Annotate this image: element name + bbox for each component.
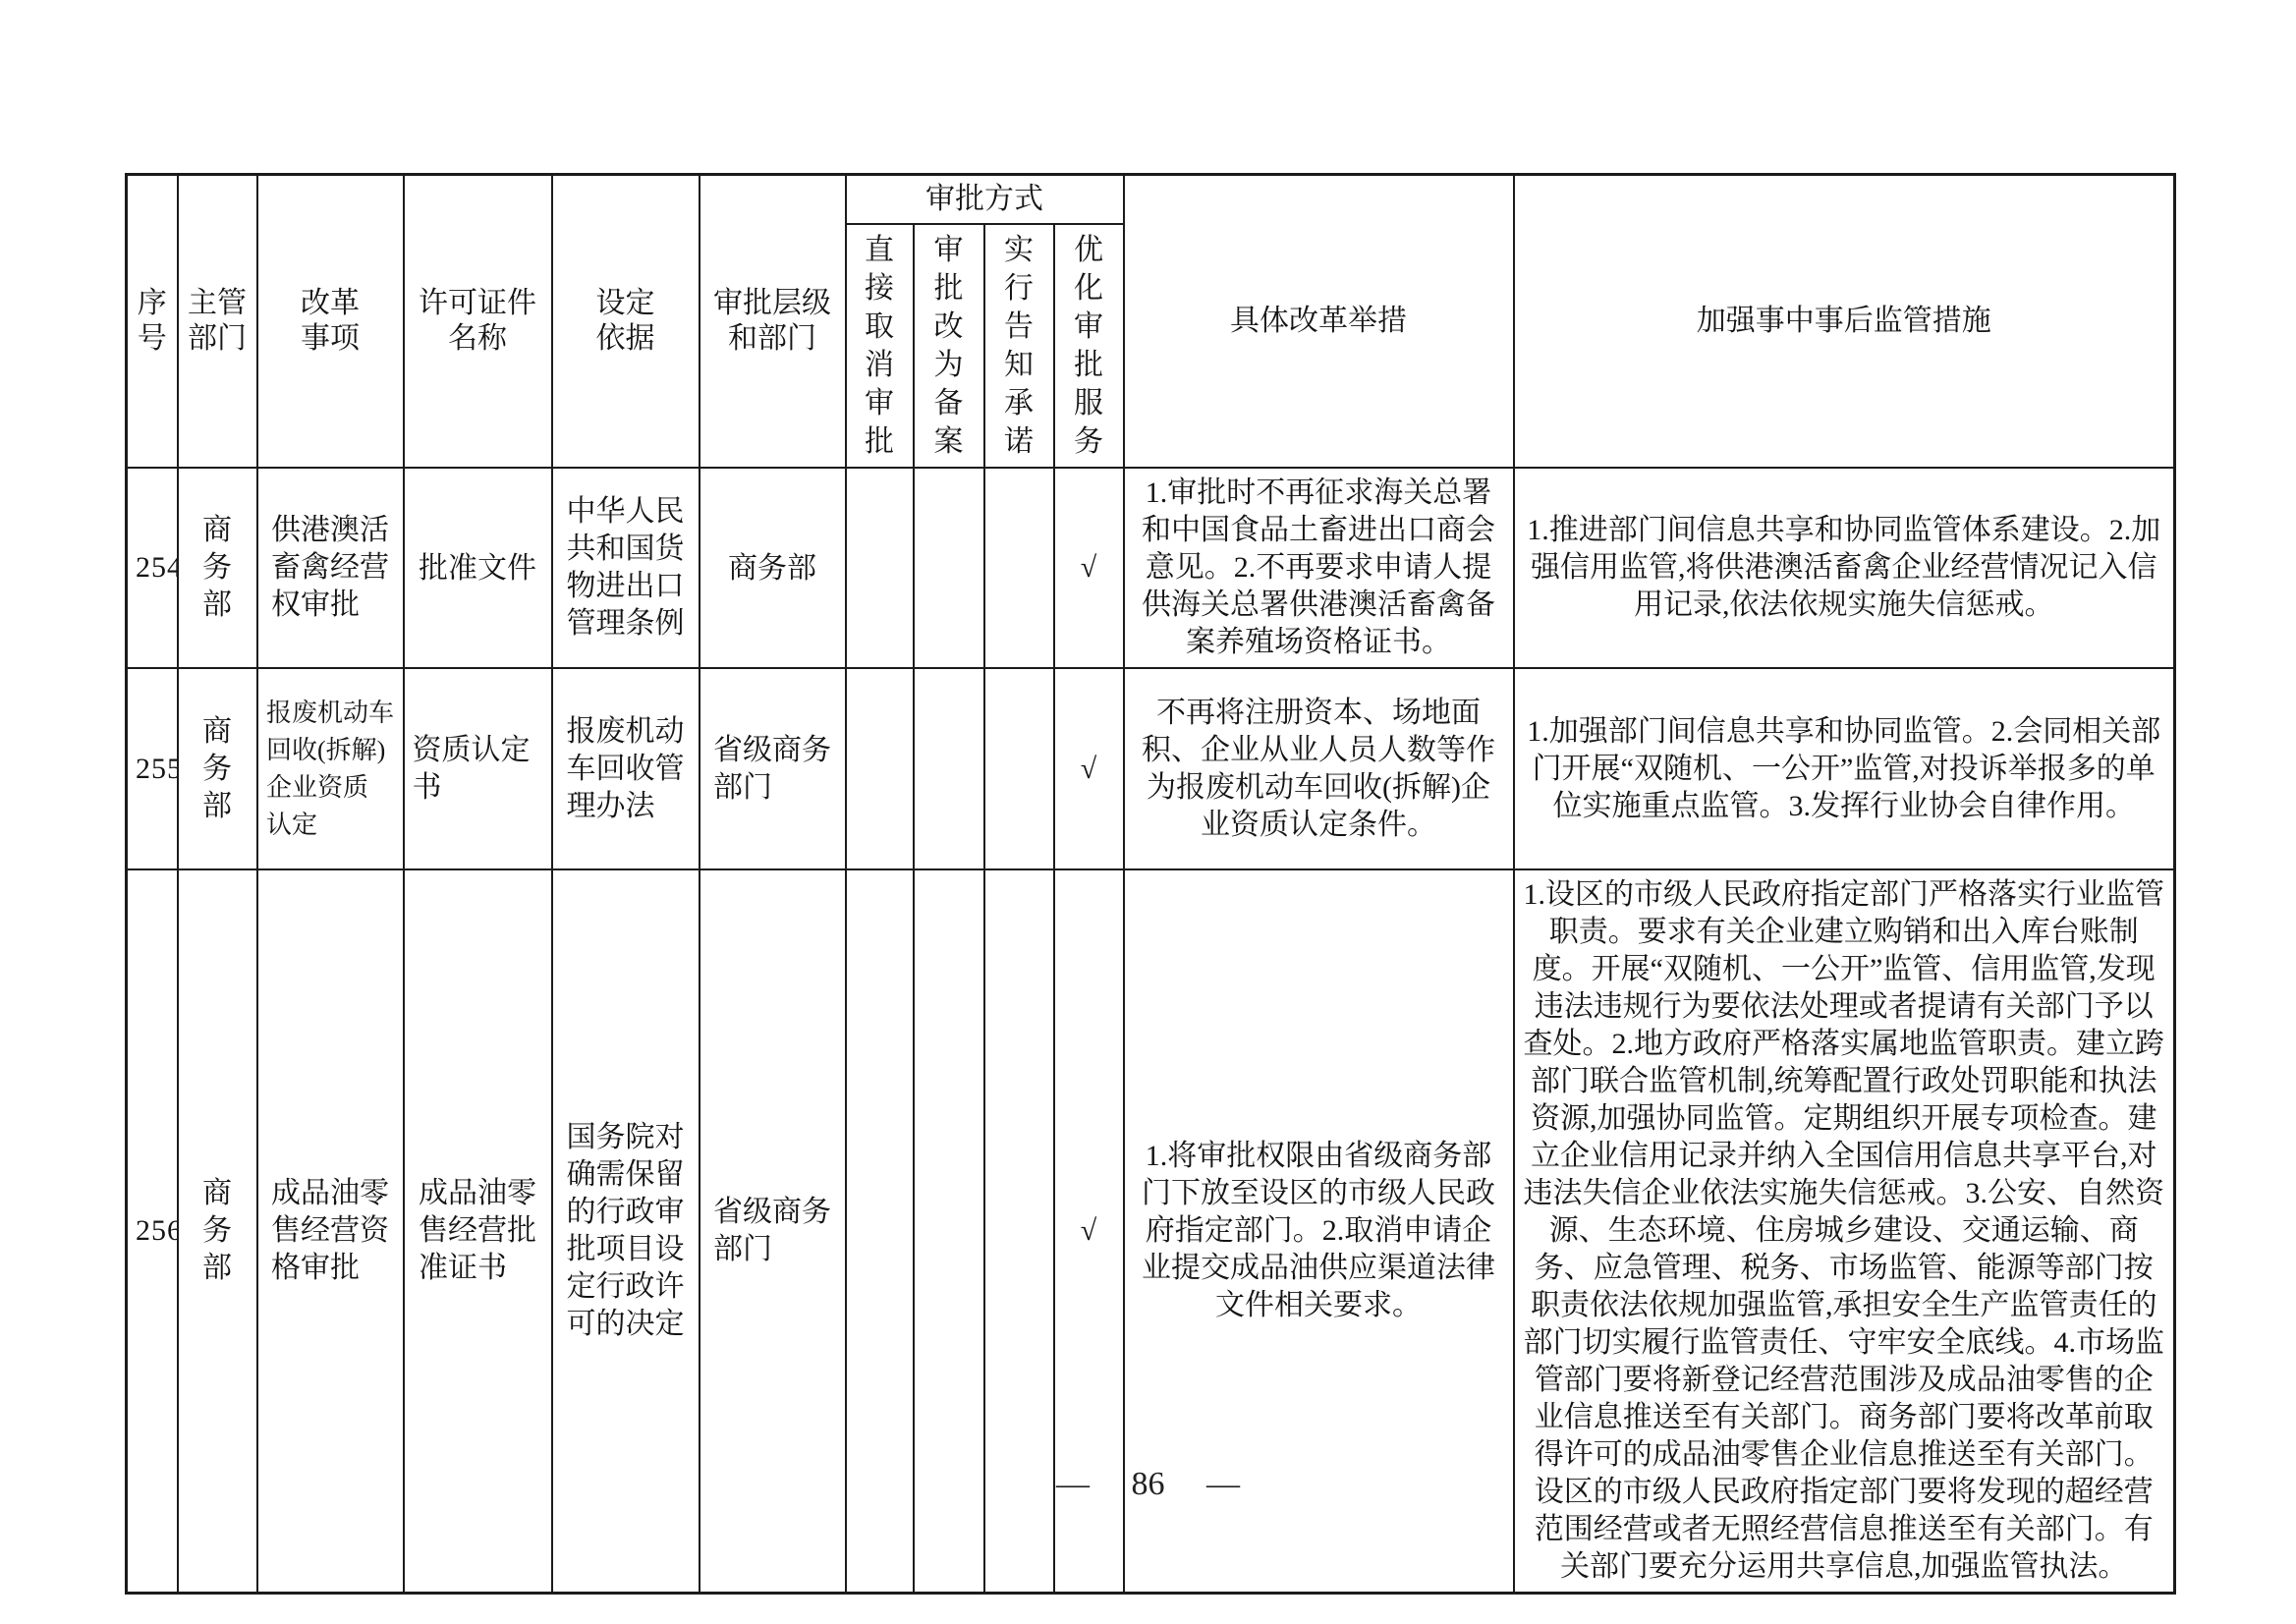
col-header-seq: 序 号 (127, 175, 178, 469)
cell-mode-notify (984, 468, 1054, 668)
dept-text: 商 务 部 (202, 512, 232, 624)
col-header-measures: 具体改革举措 (1124, 175, 1514, 469)
cell-dept: 商 务 部 (178, 668, 257, 869)
col-header-level: 审批层级 和部门 (700, 175, 846, 469)
dept-text: 商 务 部 (202, 1175, 232, 1287)
approval-reform-table: 序 号 主管 部门 改革 事项 许可证件 名称 设定 依据 审批层级 和部门 审… (125, 173, 2176, 1595)
reform-text: 供港澳活 畜禽经营 权审批 (271, 512, 389, 624)
cell-supervision: 1.推进部门间信息共享和协同监管体系建设。2.加强信用监管,将供港澳活畜禽企业经… (1514, 468, 2175, 668)
basis-text: 报废机动 车回收管 理办法 (567, 713, 685, 825)
level-text: 商务部 (728, 550, 816, 588)
col-header-mode-record: 审批 改为 备案 (914, 224, 984, 468)
cell-level: 商务部 (700, 468, 846, 668)
col-header-mode-notify: 实行 告知 承诺 (984, 224, 1054, 468)
cell-seq: 254 (127, 468, 178, 668)
cell-mode-cancel (846, 468, 914, 668)
col-header-basis: 设定 依据 (552, 175, 700, 469)
license-text: 批准文件 (419, 550, 536, 588)
cell-mode-record (914, 668, 984, 869)
col-header-mode-cancel: 直接 取消 审批 (846, 224, 914, 468)
cell-mode-record (914, 468, 984, 668)
cell-level: 省级商务 部门 (700, 668, 846, 869)
cell-basis: 报废机动 车回收管 理办法 (552, 668, 700, 869)
basis-text: 国务院对 确需保留 的行政审 批项目设 定行政许 可的决定 (567, 1119, 685, 1343)
cell-supervision: 1.加强部门间信息共享和协同监管。2.会同相关部门开展“双随机、一公开”监管,对… (1514, 668, 2175, 869)
level-text: 省级商务 部门 (713, 1194, 831, 1268)
cell-basis: 中华人民 共和国货 物进出口 管理条例 (552, 468, 700, 668)
col-header-dept: 主管 部门 (178, 175, 257, 469)
cell-mode-optimize-checkmark: √ (1054, 468, 1124, 668)
col-header-supervision: 加强事中事后监管措施 (1514, 175, 2175, 469)
cell-reform: 供港澳活 畜禽经营 权审批 (257, 468, 404, 668)
col-header-mode-optimize: 优化 审批 服务 (1054, 224, 1124, 468)
cell-dept: 商 务 部 (178, 468, 257, 668)
license-text: 资质认定书 (413, 732, 543, 807)
basis-text: 中华人民 共和国货 物进出口 管理条例 (567, 493, 685, 643)
cell-measures: 1.审批时不再征求海关总署和中国食品土畜进出口商会意见。2.不再要求申请人提供海… (1124, 468, 1514, 668)
cell-mode-optimize-checkmark: √ (1054, 668, 1124, 869)
document-page: 序 号 主管 部门 改革 事项 许可证件 名称 设定 依据 审批层级 和部门 审… (0, 0, 2296, 1624)
cell-license: 资质认定书 (404, 668, 552, 869)
reform-text: 报废机动车 回收(拆解) 企业资质 认定 (266, 695, 394, 844)
cell-seq: 255 (127, 668, 178, 869)
header-row-top: 序 号 主管 部门 改革 事项 许可证件 名称 设定 依据 审批层级 和部门 审… (127, 175, 2175, 225)
reform-text: 成品油零 售经营资 格审批 (271, 1175, 389, 1287)
license-text: 成品油零 售经营批 准证书 (419, 1175, 536, 1287)
dept-text: 商 务 部 (202, 713, 232, 825)
level-text: 省级商务 部门 (713, 732, 831, 807)
col-header-license: 许可证件 名称 (404, 175, 552, 469)
cell-measures: 不再将注册资本、场地面积、企业从业人员人数等作为报废机动车回收(拆解)企业资质认… (1124, 668, 1514, 869)
cell-mode-cancel (846, 668, 914, 869)
table-row-255: 255 商 务 部 报废机动车 回收(拆解) 企业资质 认定 资质认定书 报废机… (127, 668, 2175, 869)
col-header-reform: 改革 事项 (257, 175, 404, 469)
cell-mode-notify (984, 668, 1054, 869)
page-number: — 86 — (0, 1466, 2296, 1503)
cell-reform: 报废机动车 回收(拆解) 企业资质 认定 (257, 668, 404, 869)
cell-license: 批准文件 (404, 468, 552, 668)
table-row-254: 254 商 务 部 供港澳活 畜禽经营 权审批 批准文件 中华人民 共和国货 物… (127, 468, 2175, 668)
col-header-approval-mode-group: 审批方式 (846, 175, 1124, 225)
